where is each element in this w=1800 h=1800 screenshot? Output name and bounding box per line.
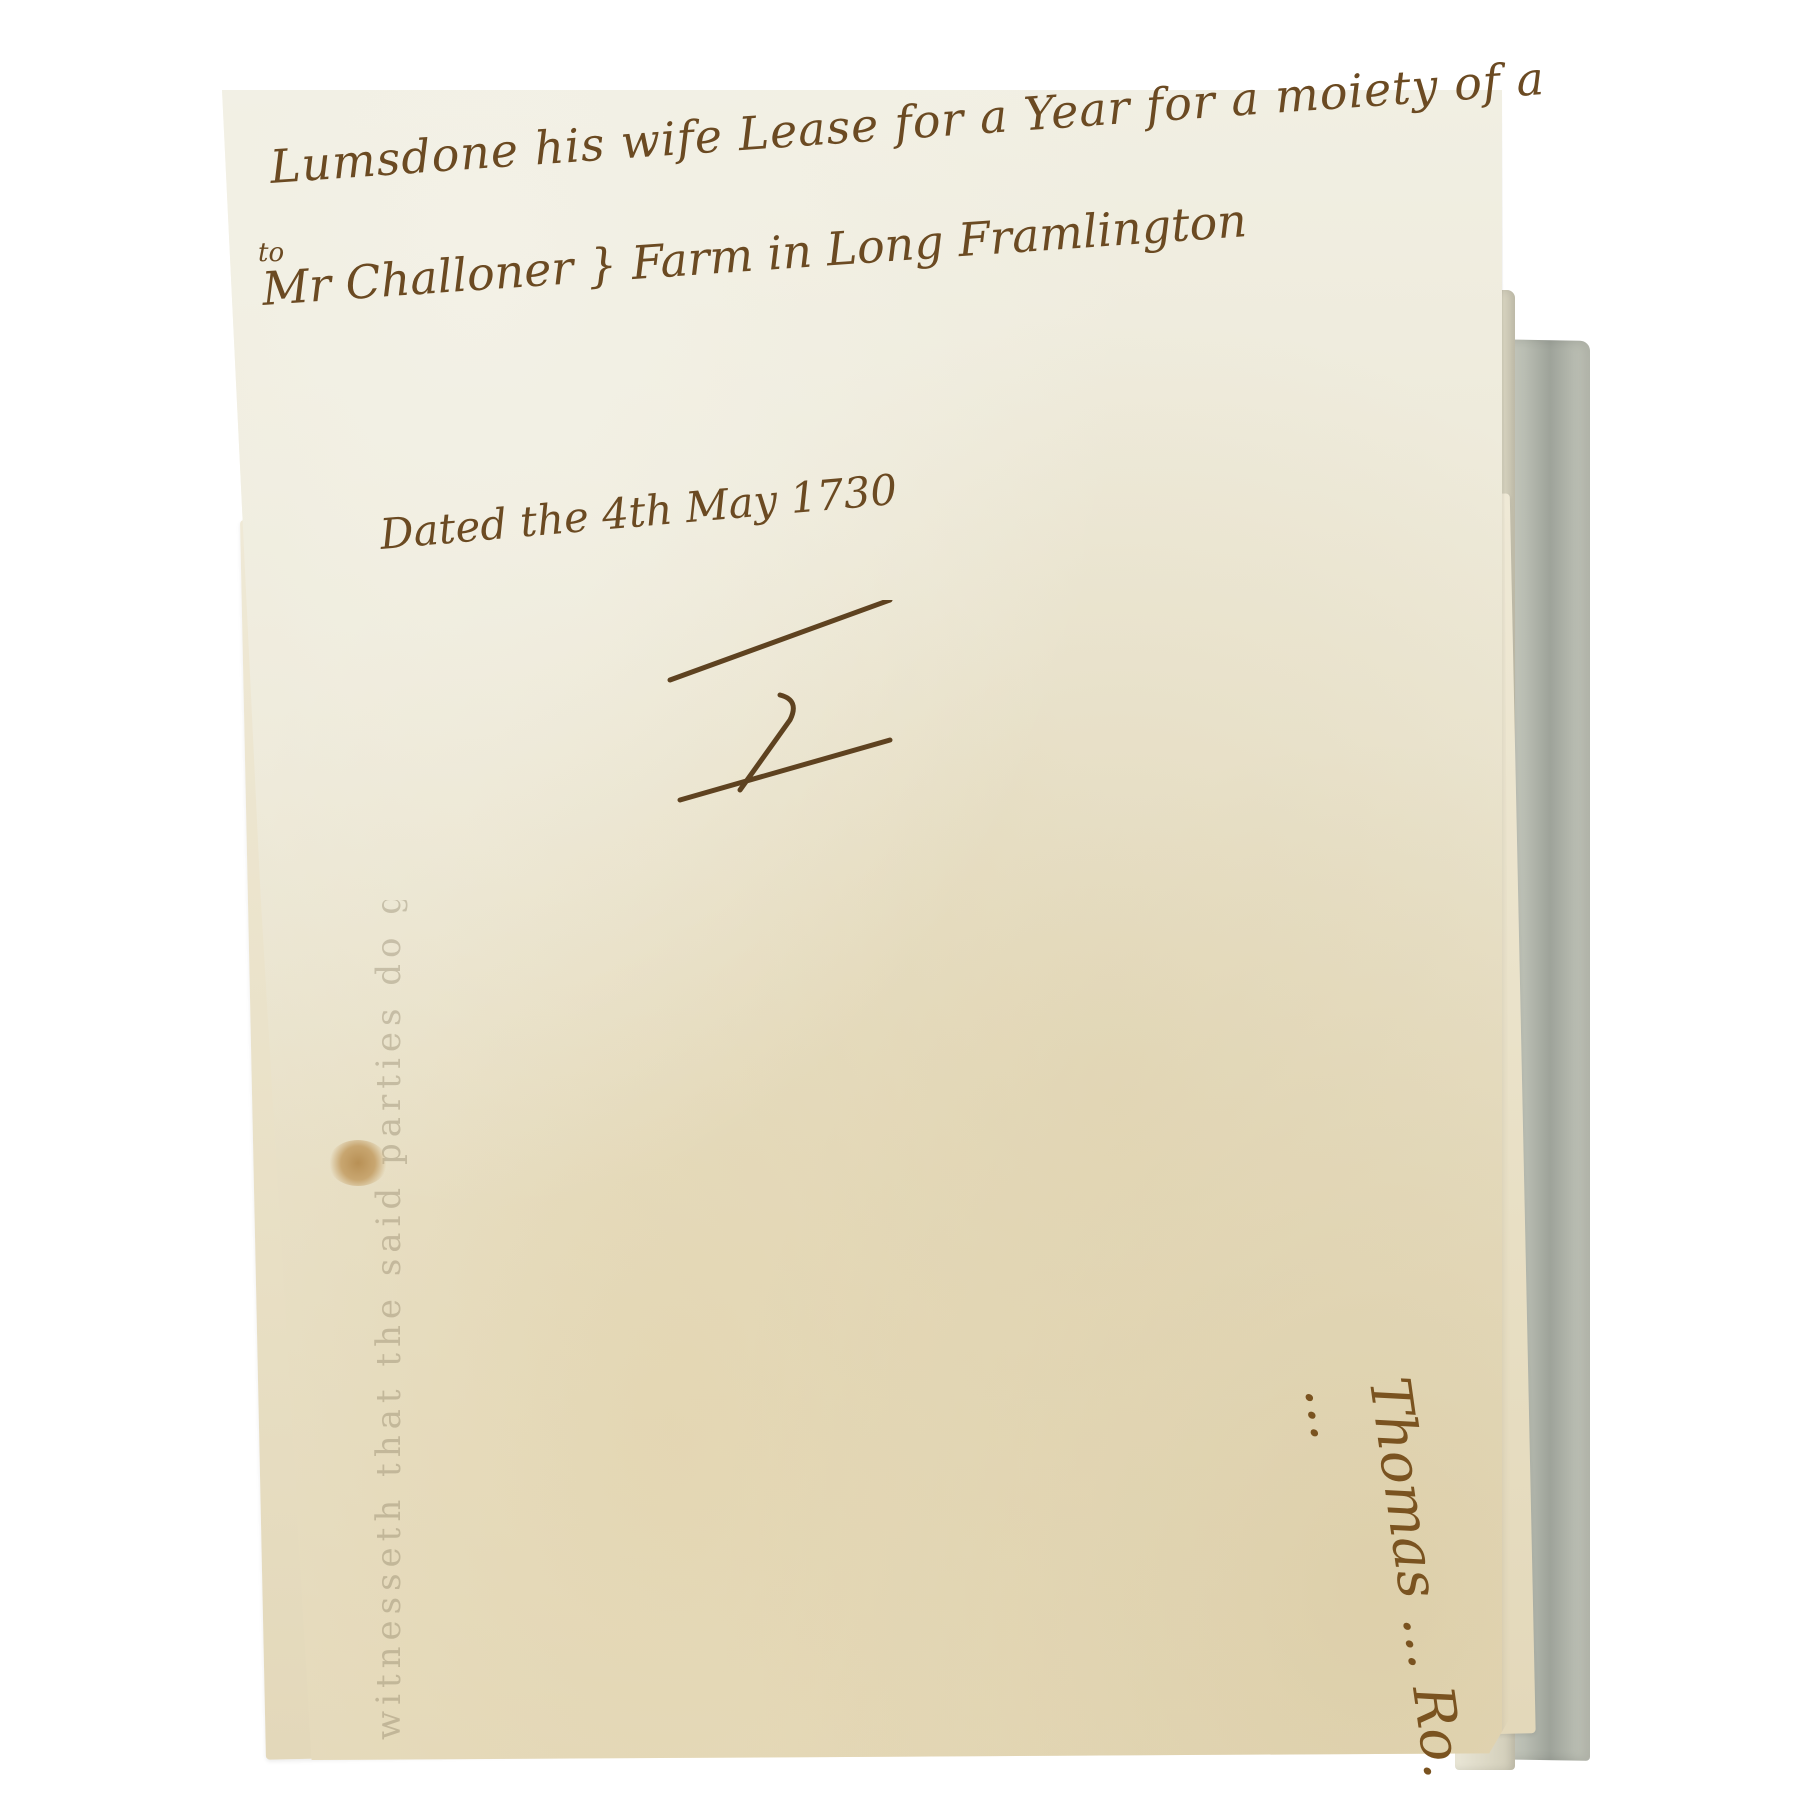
photo-scene: witnesseth that the said parties do gran… (0, 0, 1800, 1800)
signature-mark-icon (650, 600, 930, 830)
ink-stain (328, 1140, 388, 1186)
